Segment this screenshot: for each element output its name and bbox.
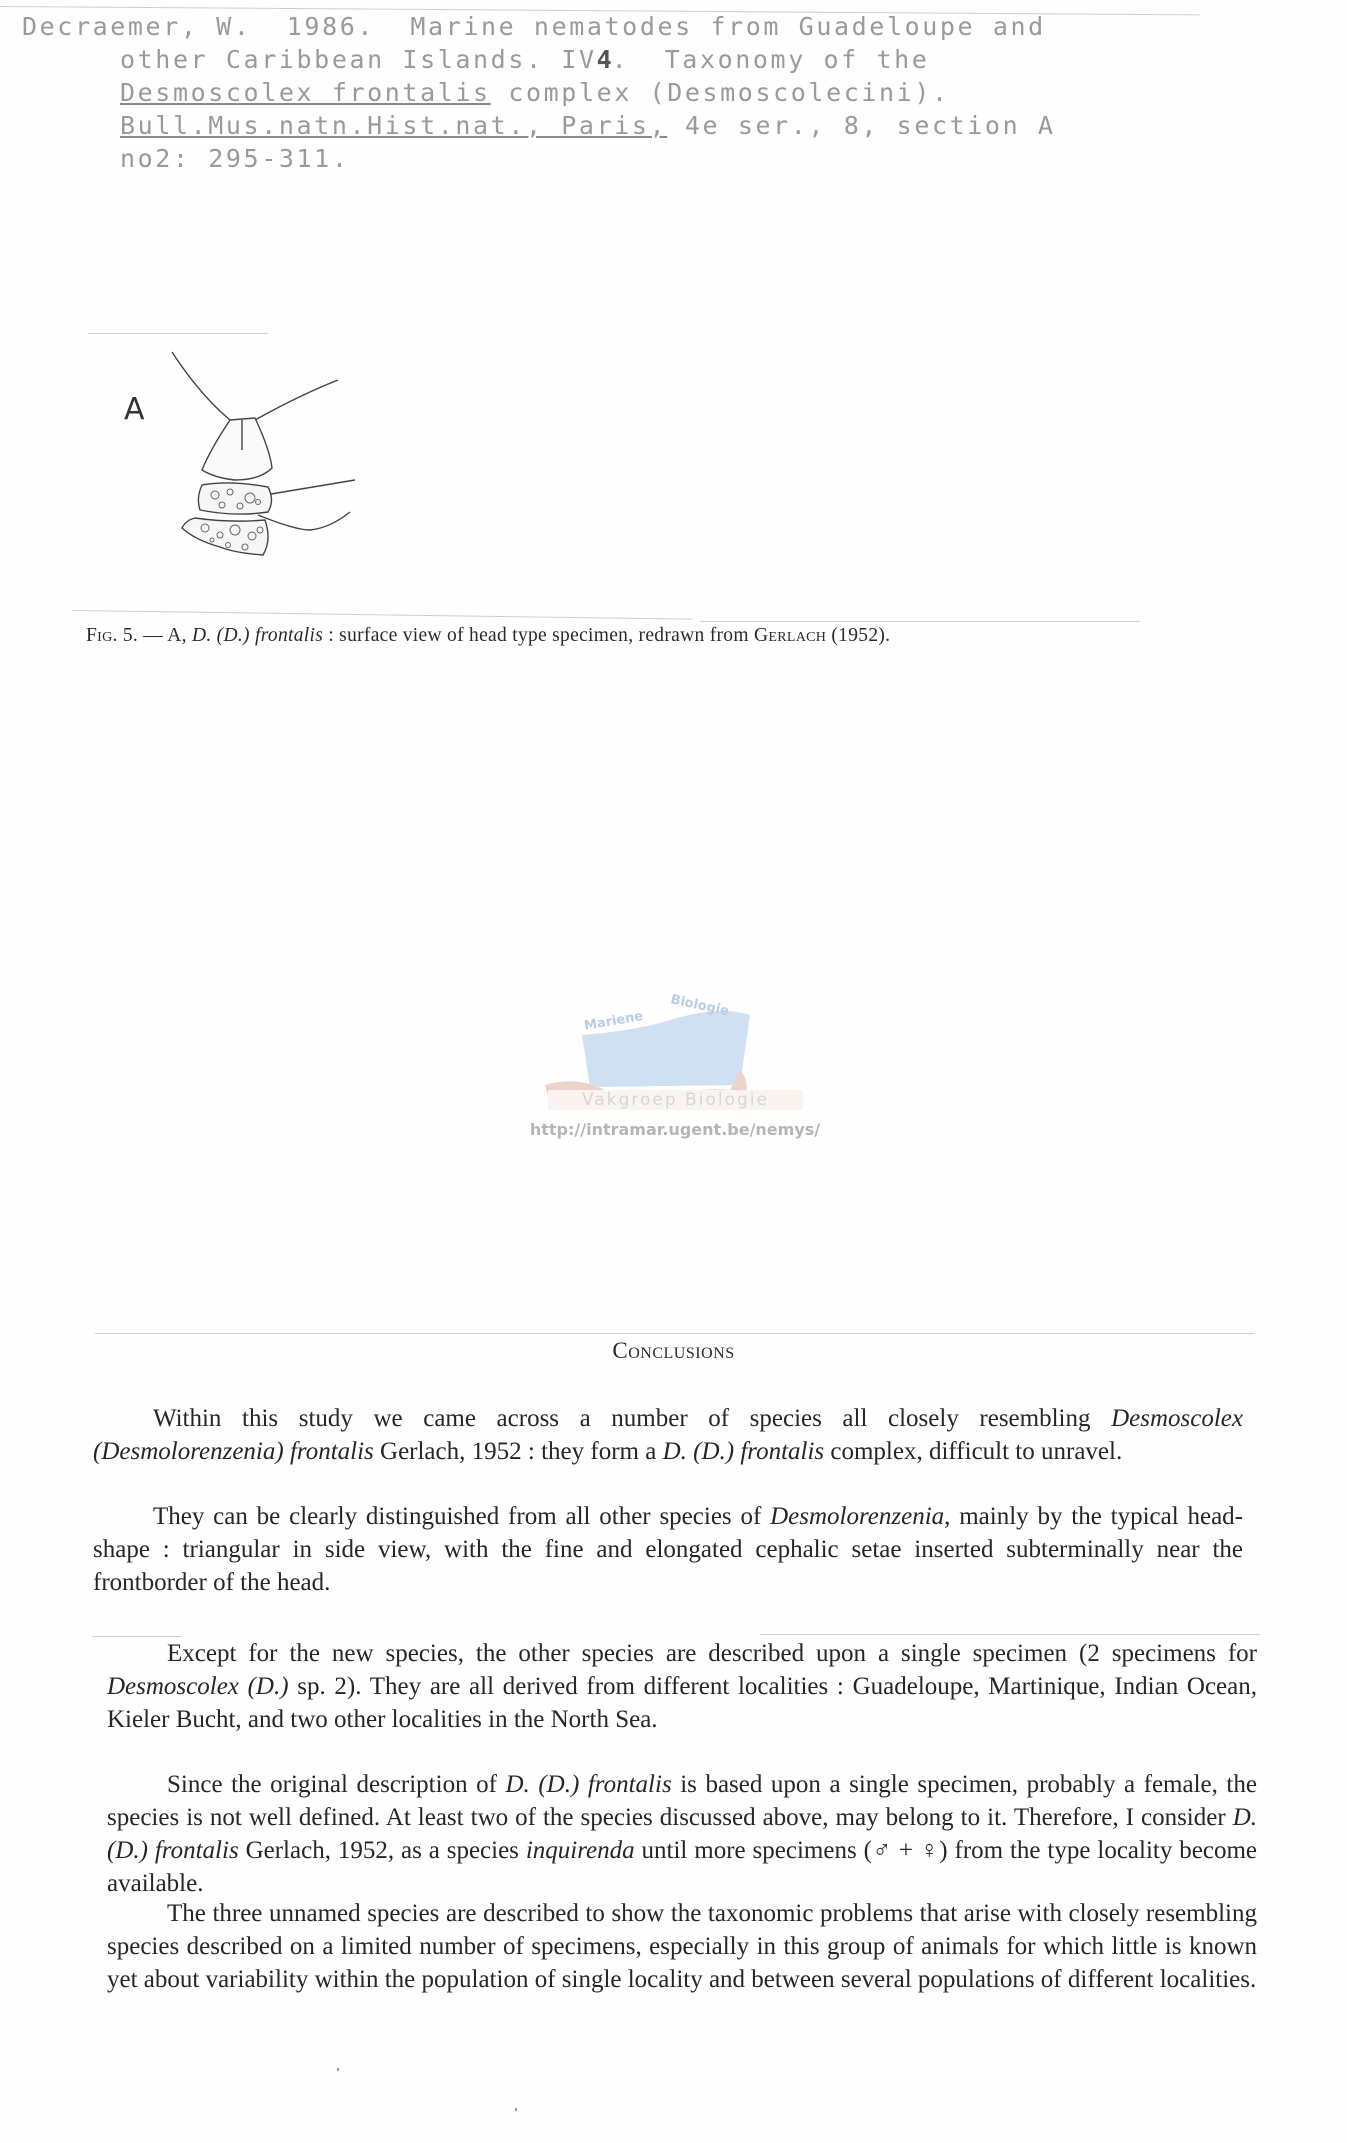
paragraph-text: Since the original description of — [167, 1771, 506, 1798]
conclusions-paragraph-3: Except for the new species, the other sp… — [107, 1637, 1257, 1736]
caption-taxon: D. (D.) frontalis — [192, 625, 323, 646]
conclusions-paragraph-4: Since the original description of D. (D.… — [107, 1768, 1257, 1900]
handwritten-correction: 4 — [597, 45, 612, 74]
italic-taxon: inquirenda — [526, 1837, 635, 1864]
italic-taxon: D. (D.) frontalis — [506, 1771, 672, 1798]
species-underlined: Desmoscolex frontalis — [120, 78, 491, 107]
section-rule — [95, 1333, 1255, 1334]
section-heading-conclusions: Conclusions — [0, 1338, 1347, 1364]
conclusions-paragraph-2: They can be clearly distinguished from a… — [93, 1500, 1243, 1599]
figure-bottom-edge — [72, 610, 692, 620]
scan-speck — [337, 2068, 339, 2071]
watermark-logo: Mariene Biologie — [520, 975, 830, 1135]
caption-author: Gerlach — [754, 625, 826, 646]
watermark-group-name: Vakgroep Biologie — [548, 1090, 803, 1110]
paragraph-text: Gerlach, 1952, as a species — [239, 1837, 526, 1864]
citation-block: Decraemer, W. 1986. Marine nematodes fro… — [22, 10, 1222, 175]
paragraph-text: complex, difficult to unravel. — [824, 1438, 1122, 1465]
nematode-head-drawing — [160, 340, 390, 560]
paragraph-text: They can be clearly distinguished from a… — [153, 1503, 770, 1530]
scan-speck — [515, 2108, 517, 2111]
part-number: IV — [561, 45, 596, 74]
paragraph-text: The three unnamed species are described … — [107, 1900, 1257, 1993]
italic-taxon: Desmolorenzenia — [770, 1503, 944, 1530]
citation-line-5: no2: 295-311. — [22, 142, 1222, 175]
scan-edge-line-3 — [760, 1634, 1260, 1635]
paragraph-text: Except for the new species, the other sp… — [167, 1640, 1257, 1667]
italic-taxon: Desmoscolex (D.) — [107, 1673, 289, 1700]
citation-line-2: other Caribbean Islands. IV4. Taxonomy o… — [22, 43, 1222, 76]
journal-underlined: Bull.Mus.natn.Hist.nat., Paris, — [120, 111, 667, 140]
paragraph-text: Within this study we came across a numbe… — [153, 1405, 1111, 1432]
italic-taxon: D. (D.) frontalis — [663, 1438, 825, 1465]
figure-panel-label: A — [124, 392, 145, 427]
citation-line-1: Decraemer, W. 1986. Marine nematodes fro… — [22, 10, 1222, 43]
conclusions-paragraph-1: Within this study we came across a numbe… — [93, 1402, 1243, 1468]
figure-bottom-edge-2 — [700, 621, 1140, 622]
figure-top-edge — [88, 333, 268, 334]
citation-line-4: Bull.Mus.natn.Hist.nat., Paris, 4e ser.,… — [22, 109, 1222, 142]
document-page: Decraemer, W. 1986. Marine nematodes fro… — [0, 0, 1347, 2143]
figure-caption: Fig. 5. — A, D. (D.) frontalis : surface… — [86, 625, 1286, 647]
conclusions-paragraph-5: The three unnamed species are described … — [107, 1897, 1257, 1996]
citation-line-3: Desmoscolex frontalis complex (Desmoscol… — [22, 76, 1222, 109]
paragraph-text: Gerlach, 1952 : they form a — [374, 1438, 663, 1465]
watermark-url: http://intramar.ugent.be/nemys/ — [500, 1120, 850, 1139]
